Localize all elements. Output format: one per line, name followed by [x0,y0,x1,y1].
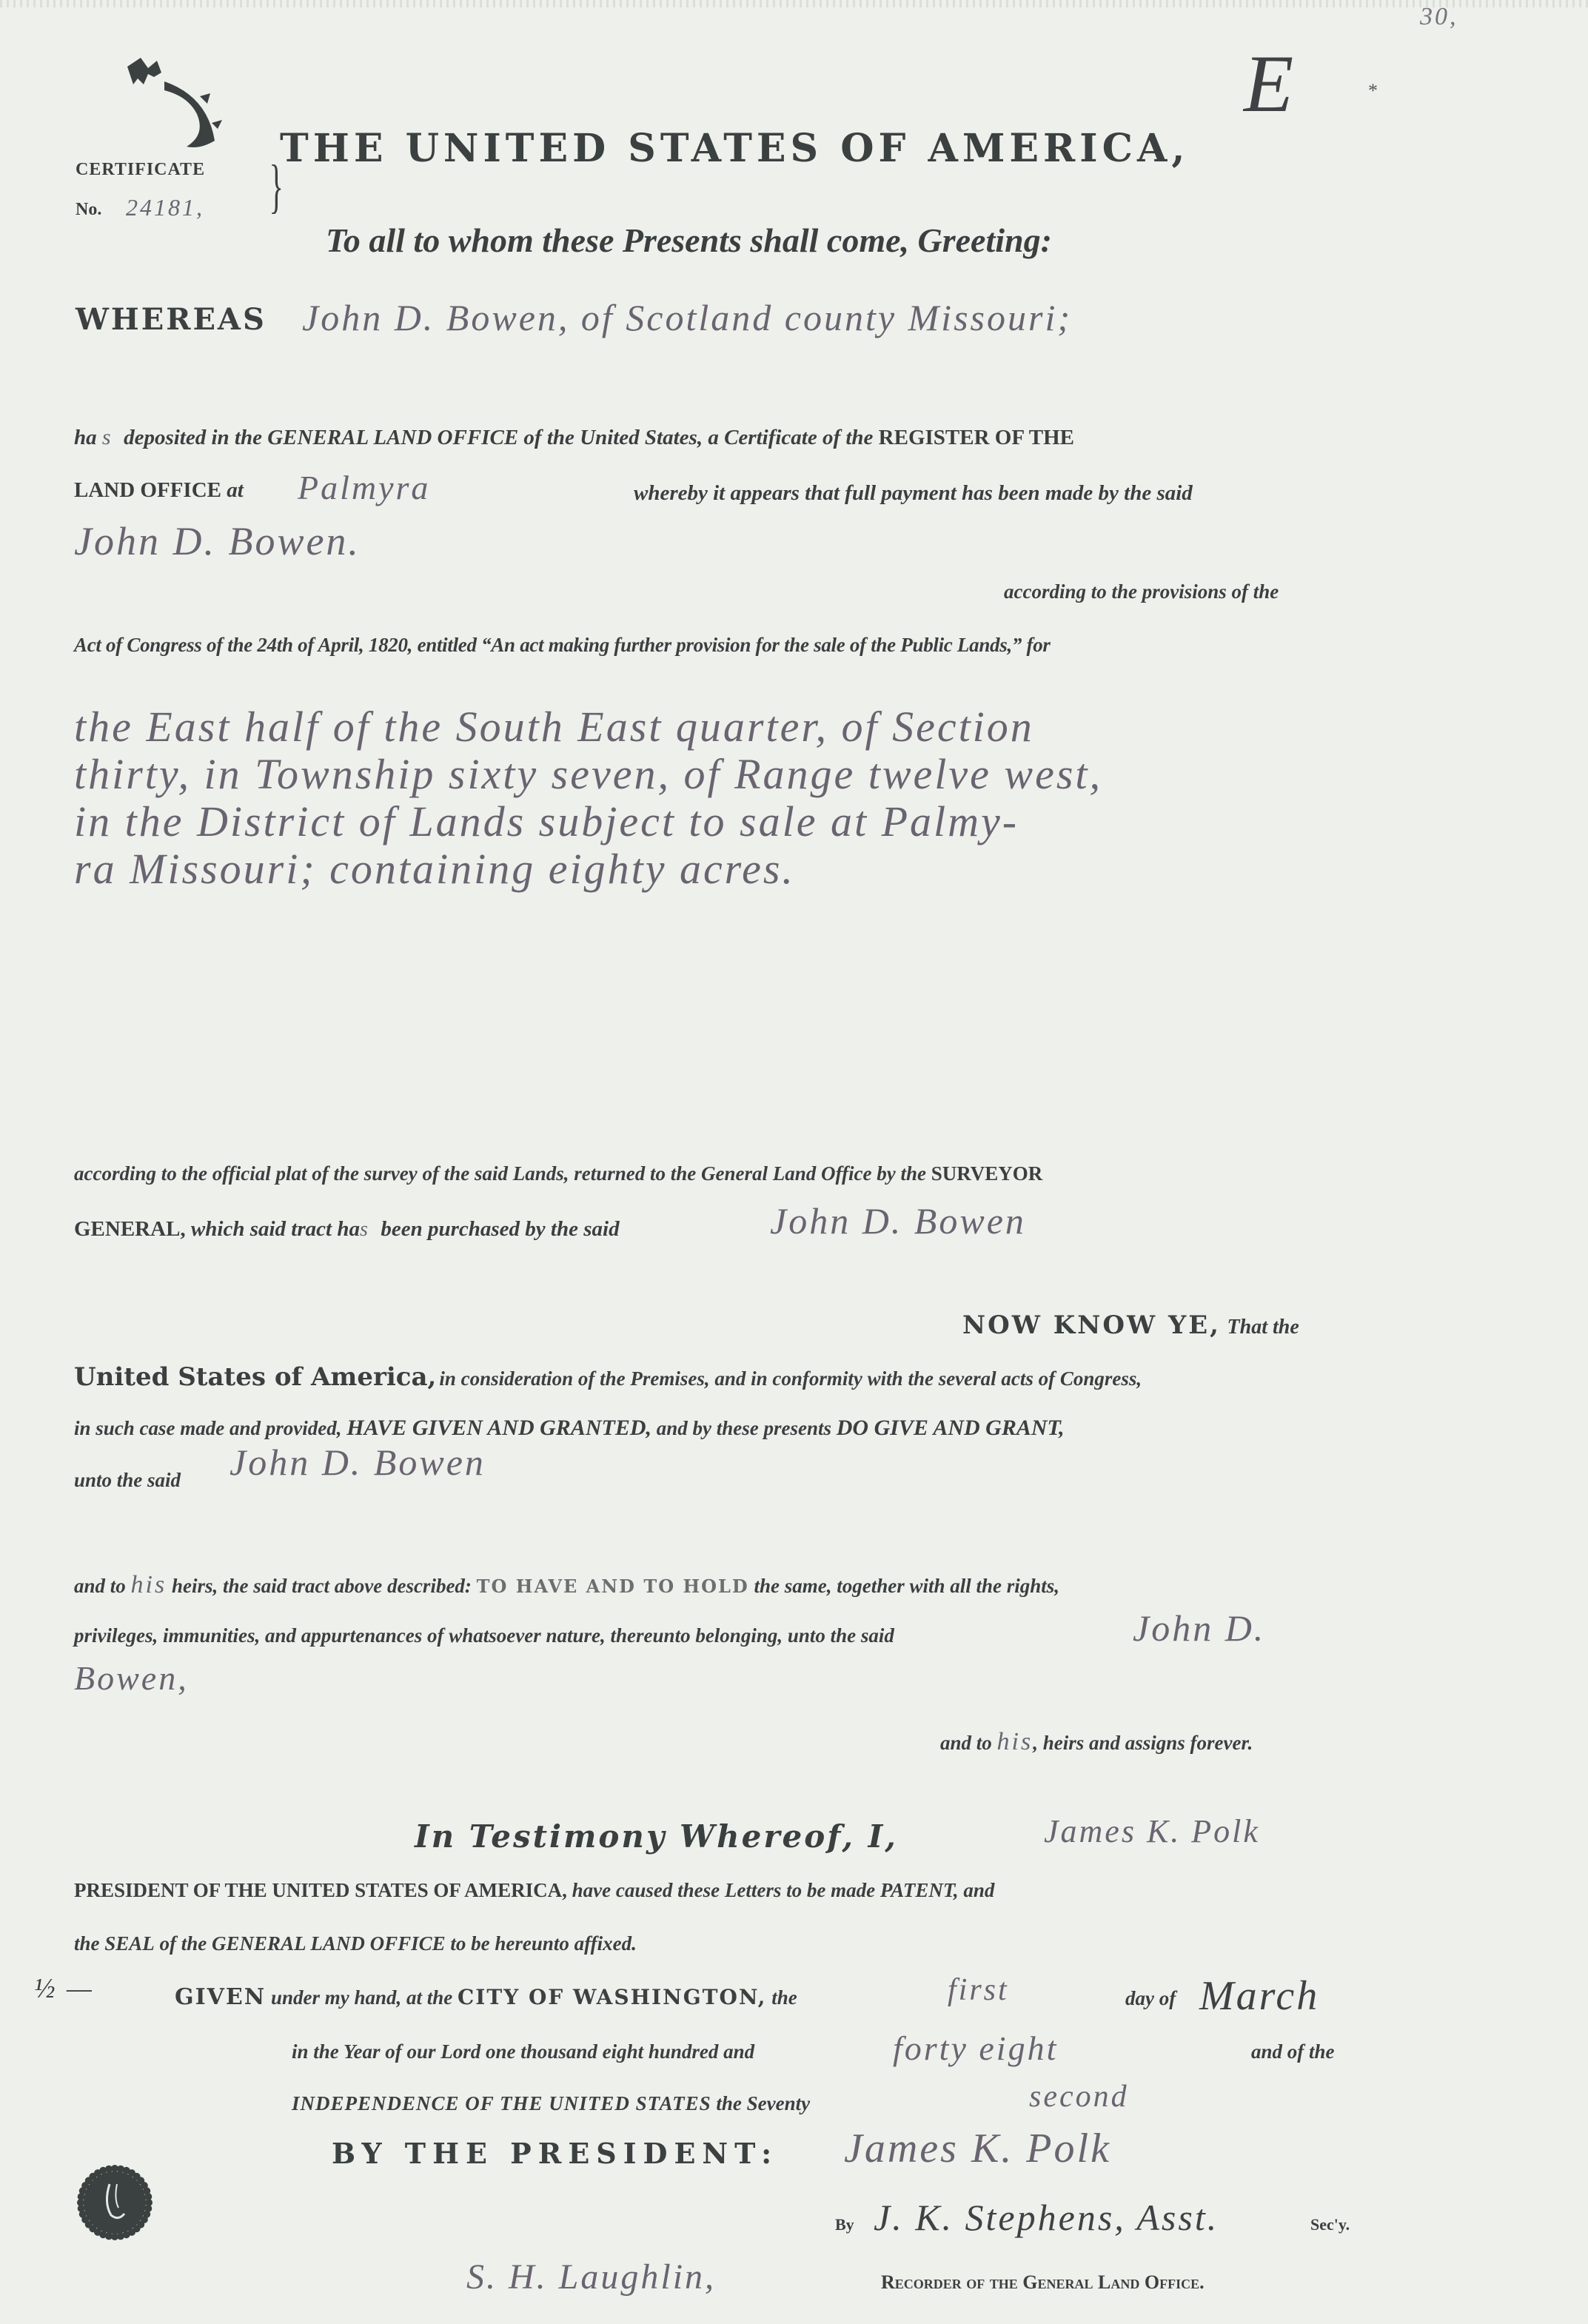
testimony-heading: In Testimony Whereof, I, [415,1818,898,1855]
deposit-line: ha s deposited in the GENERAL LAND OFFIC… [74,425,1074,450]
day-of-text: day of [1125,1987,1176,2010]
page-number-note: 30, [1420,3,1458,31]
president-caps: PRESIDENT OF THE UNITED STATES OF AMERIC… [74,1879,567,1901]
under-hand-text: under my hand, at the [271,1986,452,2009]
seal-caps: SEAL [104,1932,155,1955]
description-line: thirty, in Township sixty seven, of Rang… [74,751,1102,798]
certificate-label: CERTIFICATE [76,160,205,180]
grantee-name-part-b: Bowen, [74,1658,189,1698]
consideration-text: in consideration of the Premises, and in… [439,1367,1142,1390]
secretary-by: By [835,2215,854,2234]
have-and-hold-line: and to his heirs, the said tract above d… [74,1571,1059,1599]
whereas-label: WHEREAS [76,302,267,337]
official-plat-text: according to the official plat of the su… [74,1162,926,1185]
deposit-text: deposited in the [124,426,262,449]
city-of-washington: CITY OF WASHINGTON, [458,1985,766,2009]
now-know-ye-tail: That the [1227,1316,1299,1339]
to-have-and-to-hold: TO HAVE AND TO HOLD [477,1575,749,1597]
provisions-text: according to the provisions of the [1004,580,1279,603]
greeting: To all to whom these Presents shall come… [326,221,1052,260]
of-the-text: of the [160,1932,207,1955]
heirs-forever-line: and to his, heirs and assigns forever. [940,1728,1253,1756]
now-know-ye: NOW KNOW YE, [962,1310,1221,1340]
the-text: the [74,1932,100,1955]
affixed-text: to be hereunto affixed. [450,1932,637,1955]
letters-text: have caused these Letters to be made [572,1879,875,1901]
unto-said-text: unto the said [74,1469,181,1492]
recorder-signature: S. H. Laughlin, [466,2257,716,2297]
and-of-the-text: and of the [1251,2040,1335,2063]
document-title: THE UNITED STATES OF AMERICA, [280,126,1189,171]
usa-label: United States of America, [74,1362,436,1392]
consideration-line: United States of America, in considerati… [74,1362,1142,1392]
tract-text: which said tract ha [191,1217,360,1241]
land-office-line: LAND OFFICE at [74,478,244,503]
year-hand: forty eight [893,2029,1058,2068]
description-line: in the District of Lands subject to sale… [74,798,1102,845]
given-month: March [1199,1972,1319,2020]
grantee-name-part-a: John D. [1133,1607,1265,1650]
given-label: GIVEN [175,1984,266,2010]
given-line: GIVEN under my hand, at the CITY OF WASH… [175,1984,797,2010]
heirs-text: heirs, the said tract above described: [172,1575,472,1597]
have-given-caps: HAVE GIVEN AND GRANTED, [346,1416,651,1440]
the-text: the [771,1986,797,2009]
and-to-text: and to [74,1575,126,1597]
purchased-text: been purchased by the said [381,1217,619,1241]
recorder-label-text: Recorder of the General Land Office. [881,2271,1205,2293]
corner-mark: E [1244,37,1293,131]
seal-line: the SEAL of the GENERAL LAND OFFICE to b… [74,1932,637,1955]
description-line: the East half of the South East quarter,… [74,703,1102,751]
year-of-lord-text: in the Year of our Lord one thousand eig… [292,2040,754,2063]
scan-artifact-line [0,0,1588,7]
official-plat-line: according to the official plat of the su… [74,1162,1042,1185]
purchaser-name: John D. Bowen [770,1199,1026,1242]
given-margin-mark: ½ — [34,1972,94,2005]
case-made-text: in such case made and provided, [74,1417,342,1439]
certificate-number: 24181, [126,194,204,221]
granted-line: in such case made and provided, HAVE GIV… [74,1416,1065,1441]
rights-text: the same, together with all the rights, [754,1575,1059,1597]
independence-line: INDEPENDENCE OF THE UNITED STATES the Se… [292,2092,810,2115]
president-signature: James K. Polk [844,2125,1111,2172]
full-payment-text: whereby it appears that full payment has… [634,481,1193,506]
eagle-ornament-icon [118,52,244,155]
register-caps: REGISTER OF THE [879,426,1074,449]
land-office-caps: LAND OFFICE [74,478,221,502]
grantee-name: John D. Bowen [230,1441,486,1484]
do-give-caps: DO GIVE AND GRANT, [837,1416,1065,1440]
these-presents-text: and by these presents [657,1417,831,1439]
patent-line: PRESIDENT OF THE UNITED STATES OF AMERIC… [74,1879,994,1902]
has-prefix: ha [74,426,97,449]
now-know-ye-line: NOW KNOW YE, That the [962,1310,1299,1340]
land-office-place: Palmyra [298,468,430,507]
grantee-name-and-residence: John D. Bowen, of Scotland county Missou… [302,296,1072,339]
general-land-office-caps: GENERAL LAND OFFICE [212,1932,446,1955]
land-description: the East half of the South East quarter,… [74,703,1102,893]
general-land-office-caps: GENERAL LAND OFFICE [267,426,518,449]
certificate-of-text: of the United States, a Certificate of t… [523,426,873,449]
has-hand-suffix: s [360,1218,370,1241]
certificate-no-label: No. [76,200,101,220]
independence-year-hand: second [1029,2079,1129,2114]
purchased-line: GENERAL, which said tract has been purch… [74,1217,620,1242]
by-the-president-label: BY THE PRESIDENT: [332,2137,778,2170]
heirs-assigns-text: , heirs and assigns forever. [1033,1732,1253,1754]
general-land-office-seal-icon [74,2162,155,2243]
and-to-text: and to [940,1732,992,1754]
his-hand: his [997,1728,1033,1755]
secretary-signature: J. K. Stephens, Asst. [874,2196,1219,2239]
has-hand-suffix: s [102,425,113,449]
corner-mark-star: * [1368,80,1378,102]
given-day: first [948,1972,1009,2008]
general-caps: GENERAL, [74,1217,186,1241]
independence-caps: INDEPENDENCE OF THE UNITED STATES [292,2092,711,2114]
secretary-suffix: Sec'y. [1310,2215,1350,2234]
patent-caps: PATENT, [880,1879,959,1901]
recorder-label: Recorder of the General Land Office. [881,2271,1205,2294]
his-hand: his [131,1571,167,1598]
surveyor-caps: SURVEYOR [931,1162,1043,1185]
and-text: and [963,1879,994,1901]
privileges-text: privileges, immunities, and appurtenance… [74,1624,894,1647]
seventy-text: the Seventy [716,2092,810,2114]
description-line: ra Missouri; containing eighty acres. [74,845,1102,893]
act-of-congress-text: Act of Congress of the 24th of April, 18… [74,634,1051,657]
payer-name: John D. Bowen. [74,518,361,564]
testimony-president-name: James K. Polk [1044,1812,1260,1850]
at-text: at [227,478,244,502]
